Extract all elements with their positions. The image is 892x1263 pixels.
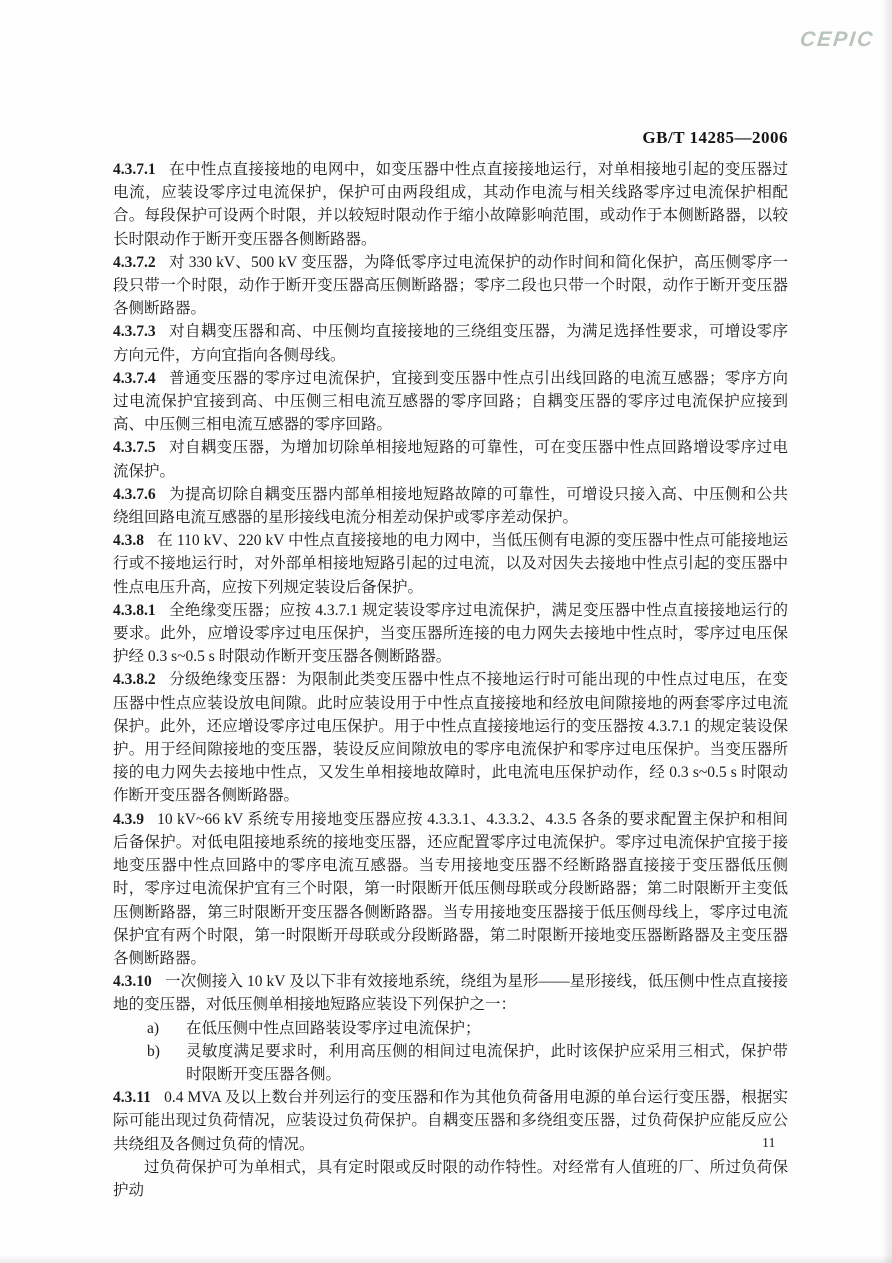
standard-number-header: GB/T 14285—2006	[642, 128, 788, 148]
clause-number: 4.3.8.2	[113, 671, 156, 688]
list-item-label: a)	[147, 1017, 159, 1040]
clause-paragraph: 4.3.7.5对自耦变压器，为增加切除单相接地短路的可靠性，可在变压器中性点回路…	[113, 436, 788, 482]
clause-text: 0.4 MVA 及以上数台并列运行的变压器和作为其他负荷备用电源的单台运行变压器…	[113, 1089, 788, 1152]
clause-number: 4.3.7.4	[113, 370, 156, 387]
clause-paragraph: 4.3.110.4 MVA 及以上数台并列运行的变压器和作为其他负荷备用电源的单…	[113, 1086, 788, 1156]
clause-text: 对自耦变压器和高、中压侧均直接接地的三绕组变压器，为满足选择性要求，可增设零序方…	[113, 323, 788, 363]
clause-paragraph: 4.3.10一次侧接入 10 kV 及以下非有效接地系统，绕组为星形——星形接线…	[113, 970, 788, 1016]
list-item: a)在低压侧中性点回路装设零序过电流保护；	[113, 1017, 788, 1040]
clause-text: 在中性点直接接地的电网中，如变压器中性点直接接地运行，对单相接地引起的变压器过电…	[113, 161, 788, 248]
list-item-text: 在低压侧中性点回路装设零序过电流保护；	[186, 1020, 481, 1037]
clause-text: 过负荷保护可为单相式，具有定时限或反时限的动作特性。对经常有人值班的厂、所过负荷…	[113, 1159, 788, 1199]
clause-text: 为提高切除自耦变压器内部单相接地短路故障的可靠性，可增设只接入高、中压侧和公共绕…	[113, 486, 788, 526]
clause-number: 4.3.8	[113, 532, 144, 549]
clause-number: 4.3.7.3	[113, 323, 156, 340]
clause-text: 分级绝缘变压器：为限制此类变压器中性点不接地运行时可能出现的中性点过电压，在变压…	[113, 671, 788, 804]
clause-number: 4.3.7.5	[113, 439, 156, 456]
clause-paragraph: 4.3.7.2对 330 kV、500 kV 变压器，为降低零序过电流保护的动作…	[113, 251, 788, 321]
clause-paragraph: 4.3.7.3对自耦变压器和高、中压侧均直接接地的三绕组变压器，为满足选择性要求…	[113, 320, 788, 366]
clause-number: 4.3.9	[113, 811, 144, 828]
list-item-label: b)	[147, 1040, 160, 1063]
clause-number: 4.3.7.6	[113, 486, 156, 503]
clause-text: 对自耦变压器，为增加切除单相接地短路的可靠性，可在变压器中性点回路增设零序过电流…	[113, 439, 788, 479]
document-page: CEPIC GB/T 14285—2006 4.3.7.1在中性点直接接地的电网…	[0, 0, 892, 1263]
clause-paragraph: 4.3.7.4普通变压器的零序过电流保护，宜接到变压器中性点引出线回路的电流互感…	[113, 367, 788, 437]
body-paragraph: 过负荷保护可为单相式，具有定时限或反时限的动作特性。对经常有人值班的厂、所过负荷…	[113, 1156, 788, 1202]
clause-number: 4.3.10	[113, 973, 152, 990]
clause-paragraph: 4.3.7.6为提高切除自耦变压器内部单相接地短路故障的可靠性，可增设只接入高、…	[113, 483, 788, 529]
clause-paragraph: 4.3.8在 110 kV、220 kV 中性点直接接地的电力网中，当低压侧有电…	[113, 529, 788, 599]
clause-number: 4.3.8.1	[113, 602, 156, 619]
clause-text: 普通变压器的零序过电流保护，宜接到变压器中性点引出线回路的电流互感器；零序方向过…	[113, 370, 788, 433]
page-number: 11	[762, 1136, 775, 1152]
clause-number: 4.3.7.1	[113, 161, 156, 178]
list-item-text: 灵敏度满足要求时，利用高压侧的相间过电流保护，此时该保护应采用三相式，保护带时限…	[186, 1043, 788, 1083]
clause-paragraph: 4.3.8.1全绝缘变压器；应按 4.3.7.1 规定装设零序过电流保护，满足变…	[113, 599, 788, 669]
clause-paragraph: 4.3.7.1在中性点直接接地的电网中，如变压器中性点直接接地运行，对单相接地引…	[113, 158, 788, 251]
clause-text: 对 330 kV、500 kV 变压器，为降低零序过电流保护的动作时间和简化保护…	[113, 254, 788, 317]
clause-text: 10 kV~66 kV 系统专用接地变压器应按 4.3.3.1、4.3.3.2、…	[113, 811, 788, 967]
list-item: b)灵敏度满足要求时，利用高压侧的相间过电流保护，此时该保护应采用三相式，保护带…	[113, 1040, 788, 1086]
clause-text: 在 110 kV、220 kV 中性点直接接地的电力网中，当低压侧有电源的变压器…	[113, 532, 788, 595]
clause-paragraph: 4.3.8.2分级绝缘变压器：为限制此类变压器中性点不接地运行时可能出现的中性点…	[113, 668, 788, 807]
clause-text: 全绝缘变压器；应按 4.3.7.1 规定装设零序过电流保护，满足变压器中性点直接…	[113, 602, 788, 665]
clause-number: 4.3.11	[113, 1089, 151, 1106]
clause-number: 4.3.7.2	[113, 254, 156, 271]
cepic-watermark-logo: CEPIC	[799, 28, 876, 52]
clause-paragraph: 4.3.910 kV~66 kV 系统专用接地变压器应按 4.3.3.1、4.3…	[113, 808, 788, 970]
document-body: 4.3.7.1在中性点直接接地的电网中，如变压器中性点直接接地运行，对单相接地引…	[113, 158, 788, 1202]
clause-text: 一次侧接入 10 kV 及以下非有效接地系统，绕组为星形——星形接线，低压侧中性…	[113, 973, 788, 1013]
